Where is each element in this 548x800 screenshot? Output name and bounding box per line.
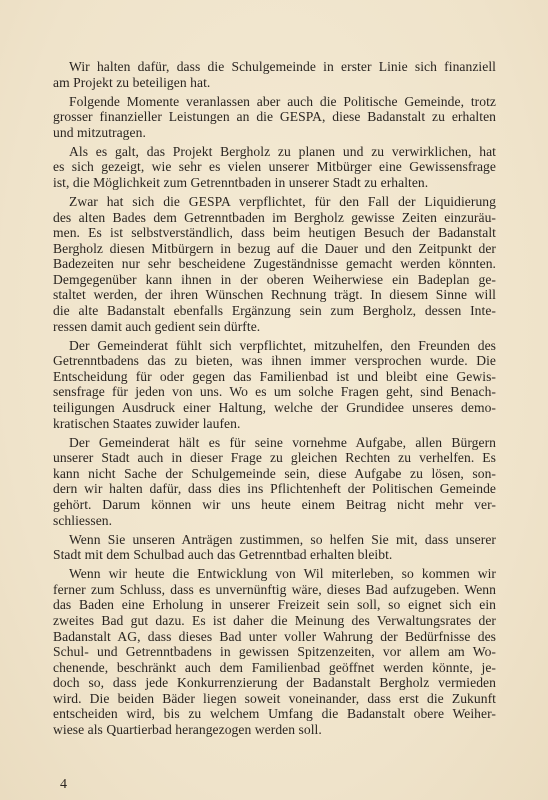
text-line: das Baden eine Erholung in unserer Freiz… (53, 597, 496, 613)
text-line: chenende, beschränkt auch dem Familienba… (53, 660, 496, 676)
paragraph-6: Der Gemeinderat hält es für seine vorneh… (53, 435, 496, 529)
paragraph-2: Folgende Momente veranlassen aber auch d… (53, 94, 496, 141)
text-line: Folgende Momente veranlassen aber auch d… (53, 94, 496, 110)
paragraph-7: Wenn Sie unseren Anträgen zustimmen, so … (53, 532, 496, 563)
text-line: und mitzutragen. (53, 125, 496, 141)
paragraph-3: Als es galt, das Projekt Bergholz zu pla… (53, 144, 496, 191)
text-line: Bergholz diesen Mitbürgern in bezug auf … (53, 241, 496, 257)
text-line: wiese als Quartierbad herangezogen werde… (53, 722, 496, 738)
text-line: ferner zum Schluss, dass es unvernünftig… (53, 582, 496, 598)
text-line: kratischen Staates zuwider laufen. (53, 416, 496, 432)
text-line: Stadt mit dem Schulbad auch das Getrennt… (53, 547, 496, 563)
text-line: am Projekt zu beteiligen hat. (53, 75, 496, 91)
text-line: staltet werden, der ihren Wünschen Rechn… (53, 287, 496, 303)
text-line: schliessen. (53, 513, 496, 529)
text-line: Badezeiten nur sehr bescheidene Zugestän… (53, 256, 496, 272)
text-line: wird. Die beiden Bäder liegen soweit von… (53, 691, 496, 707)
text-line: Als es galt, das Projekt Bergholz zu pla… (53, 144, 496, 160)
text-line: dern wir halten dafür, dass dies ins Pfl… (53, 481, 496, 497)
paragraph-8: Wenn wir heute die Entwicklung von Wil m… (53, 566, 496, 738)
text-line: grosser finanzieller Leistungen an die G… (53, 109, 496, 125)
paragraph-1: Wir halten dafür, dass die Schulgemeinde… (53, 59, 496, 90)
text-line: die alte Badanstalt ebenfalls Ergänzung … (53, 303, 496, 319)
text-line: sensfrage für jeden von uns. Wo es um so… (53, 384, 496, 400)
text-line: Wenn wir heute die Entwicklung von Wil m… (53, 566, 496, 582)
document-page: Wir halten dafür, dass die Schulgemeinde… (53, 59, 496, 741)
text-line: men. Es ist selbstverständlich, dass bei… (53, 225, 496, 241)
text-line: unserer Stadt auch in dieser Frage zu gl… (53, 450, 496, 466)
text-line: Der Gemeinderat hält es für seine vorneh… (53, 435, 496, 451)
page-number: 4 (60, 777, 67, 793)
text-line: kann nicht Sache der Schulgemeinde sein,… (53, 466, 496, 482)
text-line: es sich gezeigt, wie sehr es vielen unse… (53, 159, 496, 175)
text-line: Demgegenüber kann ihnen in der oberen We… (53, 272, 496, 288)
text-line: ressen damit auch gedient sein dürfte. (53, 319, 496, 335)
text-line: Entscheidung für oder gegen das Familien… (53, 369, 496, 385)
text-line: des alten Bades dem Getrenntbaden im Ber… (53, 210, 496, 226)
text-line: Badanstalt AG, dass dieses Bad unter vol… (53, 629, 496, 645)
text-line: Der Gemeinderat fühlt sich verpflichtet,… (53, 338, 496, 354)
text-line: gehört. Darum können wir uns heute einem… (53, 497, 496, 513)
text-line: Wir halten dafür, dass die Schulgemeinde… (53, 59, 496, 75)
text-line: Zwar hat sich die GESPA verpflichtet, fü… (53, 194, 496, 210)
text-line: teiligungen Ausdruck einer Haltung, welc… (53, 400, 496, 416)
text-line: ist, die Möglichkeit zum Getrenntbaden i… (53, 175, 496, 191)
text-line: Getrenntbadens das zu bieten, was ihnen … (53, 353, 496, 369)
text-line: Wenn Sie unseren Anträgen zustimmen, so … (53, 532, 496, 548)
paragraph-5: Der Gemeinderat fühlt sich verpflichtet,… (53, 338, 496, 432)
text-line: zweites Bad gut dazu. Es ist daher die M… (53, 613, 496, 629)
paragraph-4: Zwar hat sich die GESPA verpflichtet, fü… (53, 194, 496, 334)
text-line: Schul- und Getrenntbadens in gewissen Sp… (53, 644, 496, 660)
text-line: entscheiden wird, bis zu welchem Umfang … (53, 706, 496, 722)
text-line: doch so, dass jede Konkurrenzierung der … (53, 675, 496, 691)
